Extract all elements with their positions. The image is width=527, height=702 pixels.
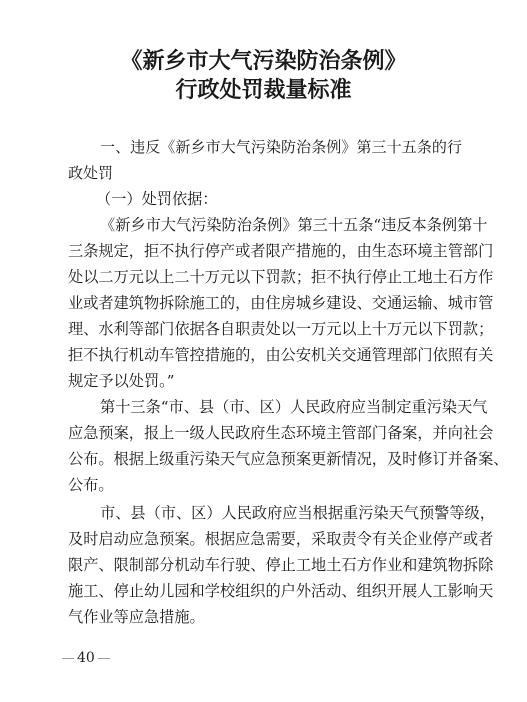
subheading: （一）处罚依据： xyxy=(96,189,296,209)
document-title-line1: 《新乡市大气污染防治条例》 xyxy=(0,47,527,75)
paragraph-line: 拒不执行机动车管控措施的，由公安机关交通管理部门依照有关 xyxy=(68,345,462,365)
paragraph-line: 业或者建筑物拆除施工的，由住房城乡建设、交通运输、城市管 xyxy=(68,293,462,313)
paragraph-line: 气作业等应急措施。 xyxy=(68,607,462,627)
paragraph-line: 三条规定，拒不执行停产或者限产措施的，由生态环境主管部门 xyxy=(68,241,462,261)
paragraph-line: 《新乡市大气污染防治条例》第三十五条“违反本条例第十 xyxy=(100,215,462,235)
dash-decoration xyxy=(62,658,74,659)
page-footer: 40 xyxy=(62,650,110,666)
paragraph-line: 第十三条“市、县（市、区）人民政府应当制定重污染天气 xyxy=(100,397,462,417)
dash-decoration xyxy=(98,658,110,659)
paragraph-line: 施工、停止幼儿园和学校组织的户外活动、组织开展人工影响天 xyxy=(68,581,462,601)
paragraph-line: 市、县（市、区）人民政府应当根据重污染天气预警等级， xyxy=(100,503,462,523)
paragraph-line: 公布。 xyxy=(68,475,462,495)
document-title-line2: 行政处罚裁量标准 xyxy=(0,76,527,104)
paragraph-line: 限产、限制部分机动车行驶、停止工地土石方作业和建筑物拆除 xyxy=(68,555,462,575)
section-heading-line: 政处罚 xyxy=(68,163,462,183)
page-number: 40 xyxy=(77,650,95,666)
paragraph-line: 规定予以处罚。” xyxy=(68,371,462,391)
paragraph-line: 理、水利等部门依据各自职责处以一万元以上十万元以下罚款； xyxy=(68,319,462,339)
paragraph-line: 公布。根据上级重污染天气应急预案更新情况，及时修订并备案、 xyxy=(68,449,462,469)
section-heading-line: 一、违反《新乡市大气污染防治条例》第三十五条的行 xyxy=(100,137,462,157)
paragraph-line: 处以二万元以上二十万元以下罚款；拒不执行停止工地土石方作 xyxy=(68,267,462,287)
paragraph-line: 应急预案，报上一级人民政府生态环境主管部门备案，并向社会 xyxy=(68,423,462,443)
paragraph-line: 及时启动应急预案。根据应急需要，采取责令有关企业停产或者 xyxy=(68,529,462,549)
